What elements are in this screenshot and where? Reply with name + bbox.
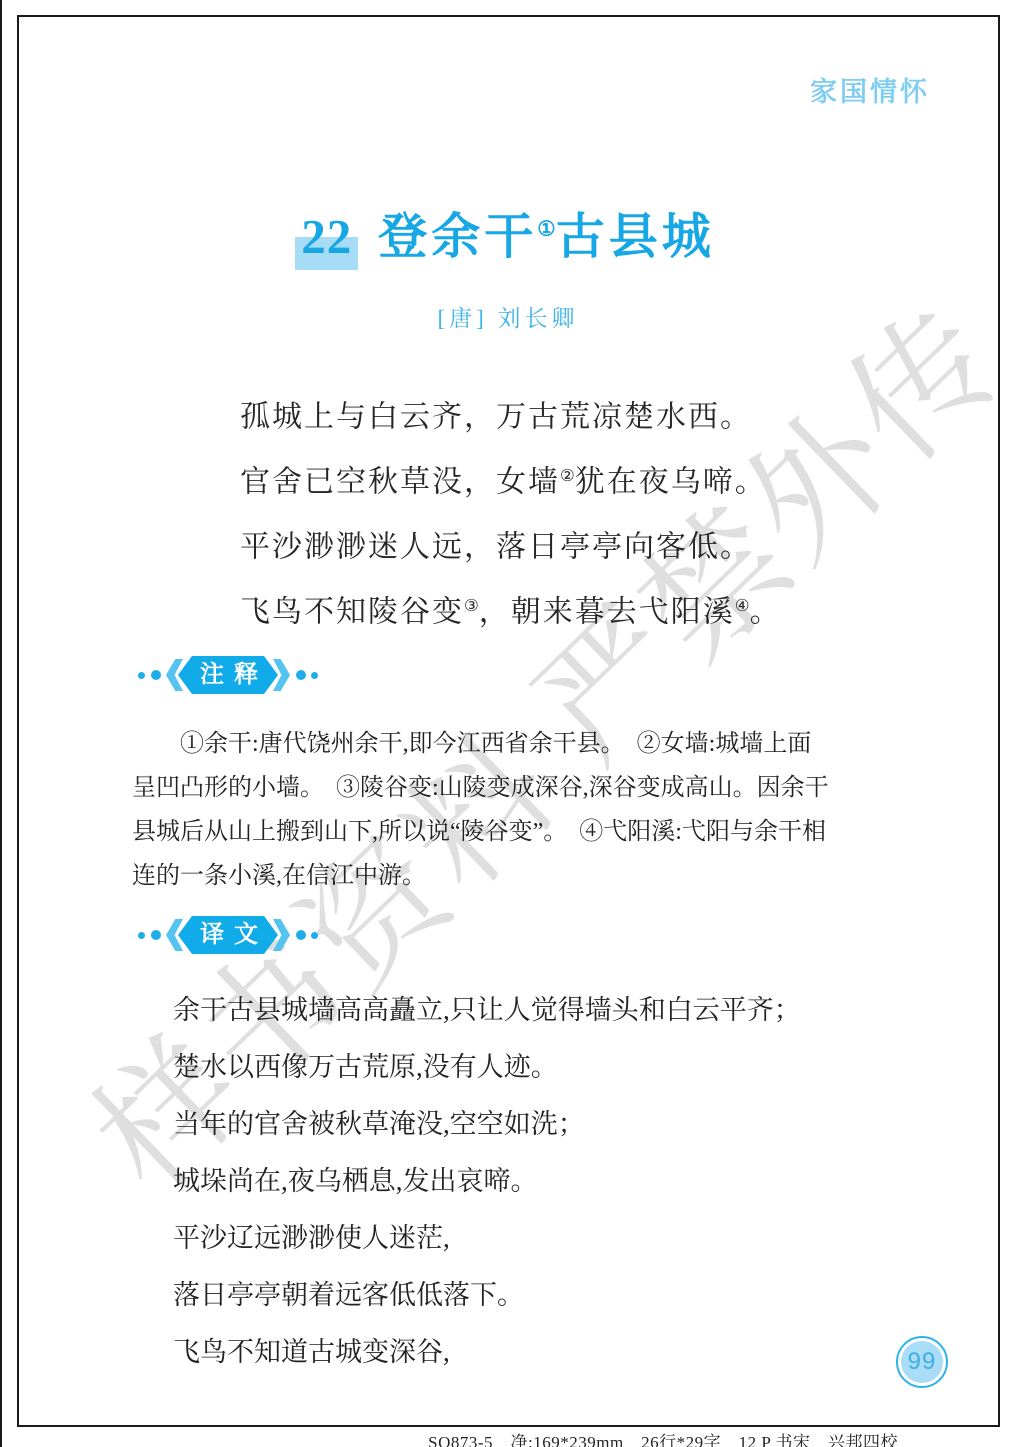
title-note-ref-1: ① — [537, 219, 555, 241]
poem-line-1-text: 孤城上与白云齐，万古荒凉楚水西。 — [240, 401, 752, 434]
translation-line: 楚水以西像万古荒原,没有人迹。 — [173, 1039, 933, 1096]
notes-badge-label: 注释 — [178, 656, 278, 694]
notes-body: ①余干:唐代饶州余干,即今江西省余干县。 ②女墙:城墙上面 呈凹凸形的小墙。 ③… — [132, 722, 897, 898]
lesson-title-main: 登余干 — [378, 209, 537, 264]
note-line: 呈凹凸形的小墙。 ③陵谷变:山陵变成深谷,深谷变成高山。因余干 — [132, 766, 897, 810]
page-content: 家国情怀 22登余干①古县城 [唐] 刘长卿 孤城上与白云齐，万古荒凉楚水西。 … — [0, 0, 1016, 1447]
translation-badge-label: 译文 — [178, 916, 278, 954]
translation-line: 余干古县城墙高高矗立,只让人觉得墙头和白云平齐； — [173, 982, 933, 1039]
imprint-line: SQ873-5 净:169*239mm 26行*29字 12 P 书宋 兴邦四校 — [428, 1428, 898, 1447]
lesson-title-tail: 古县城 — [556, 209, 715, 264]
badge-dot-icon — [151, 670, 161, 680]
translation-body: 余干古县城墙高高矗立,只让人觉得墙头和白云平齐； 楚水以西像万古荒原,没有人迹。… — [173, 982, 933, 1381]
badge-dot-icon — [311, 932, 318, 939]
poem-line-2: 官舍已空秋草没，女墙②犹在夜乌啼。 — [240, 455, 782, 520]
translation-line: 飞鸟不知道古城变深谷, — [173, 1324, 933, 1381]
poem-line-3: 平沙渺渺迷人远，落日亭亭向客低。 — [240, 520, 782, 585]
poem-line-4-ref-2: ④ — [735, 596, 750, 615]
page-number: 99 — [901, 1341, 943, 1383]
badge-dot-icon — [138, 932, 145, 939]
unit-category-label: 家国情怀 — [810, 70, 930, 109]
poem-line-2-text: 官舍已空秋草没，女墙 — [240, 466, 560, 499]
poem-line-1: 孤城上与白云齐，万古荒凉楚水西。 — [240, 390, 782, 455]
lesson-number: 22 — [301, 209, 352, 264]
poem-line-3-text: 平沙渺渺迷人远，落日亭亭向客低。 — [240, 531, 752, 564]
translation-line: 落日亭亭朝着远客低低落下。 — [173, 1267, 933, 1324]
note-line: 县城后从山上搬到山下,所以说“陵谷变”。 ④弋阳溪:弋阳与余干相 — [132, 810, 897, 854]
badge-dot-icon — [296, 670, 306, 680]
translation-line: 城垛尚在,夜乌栖息,发出哀啼。 — [173, 1153, 933, 1210]
poem-body: 孤城上与白云齐，万古荒凉楚水西。 官舍已空秋草没，女墙②犹在夜乌啼。 平沙渺渺迷… — [240, 390, 782, 650]
note-line: 连的一条小溪,在信江中游。 — [132, 854, 897, 898]
textbook-page: 样书资料 严禁外传 家国情怀 22登余干①古县城 [唐] 刘长卿 孤城上与白云齐… — [0, 0, 1016, 1447]
badge-dot-icon — [138, 672, 145, 679]
badge-dot-icon — [311, 672, 318, 679]
lesson-title: 22登余干①古县城 — [0, 198, 1016, 268]
translation-line: 当年的官舍被秋草淹没,空空如洗； — [173, 1096, 933, 1153]
translation-section-badge: 译文 — [138, 916, 324, 954]
translation-line: 平沙辽远渺渺使人迷茫, — [173, 1210, 933, 1267]
poem-line-4-ref: ③ — [464, 596, 479, 615]
badge-dot-icon — [151, 930, 161, 940]
page-number-badge: 99 — [896, 1336, 948, 1388]
badge-dot-icon — [296, 930, 306, 940]
poem-line-4: 飞鸟不知陵谷变③，朝来暮去弋阳溪④。 — [240, 585, 782, 650]
poem-line-4-text: 飞鸟不知陵谷变 — [240, 596, 464, 629]
notes-section-badge: 注释 — [138, 656, 324, 694]
poem-author: [唐] 刘长卿 — [0, 300, 1016, 333]
note-line: ①余干:唐代饶州余干,即今江西省余干县。 ②女墙:城墙上面 — [132, 722, 897, 766]
poem-line-2-ref: ② — [560, 466, 575, 485]
